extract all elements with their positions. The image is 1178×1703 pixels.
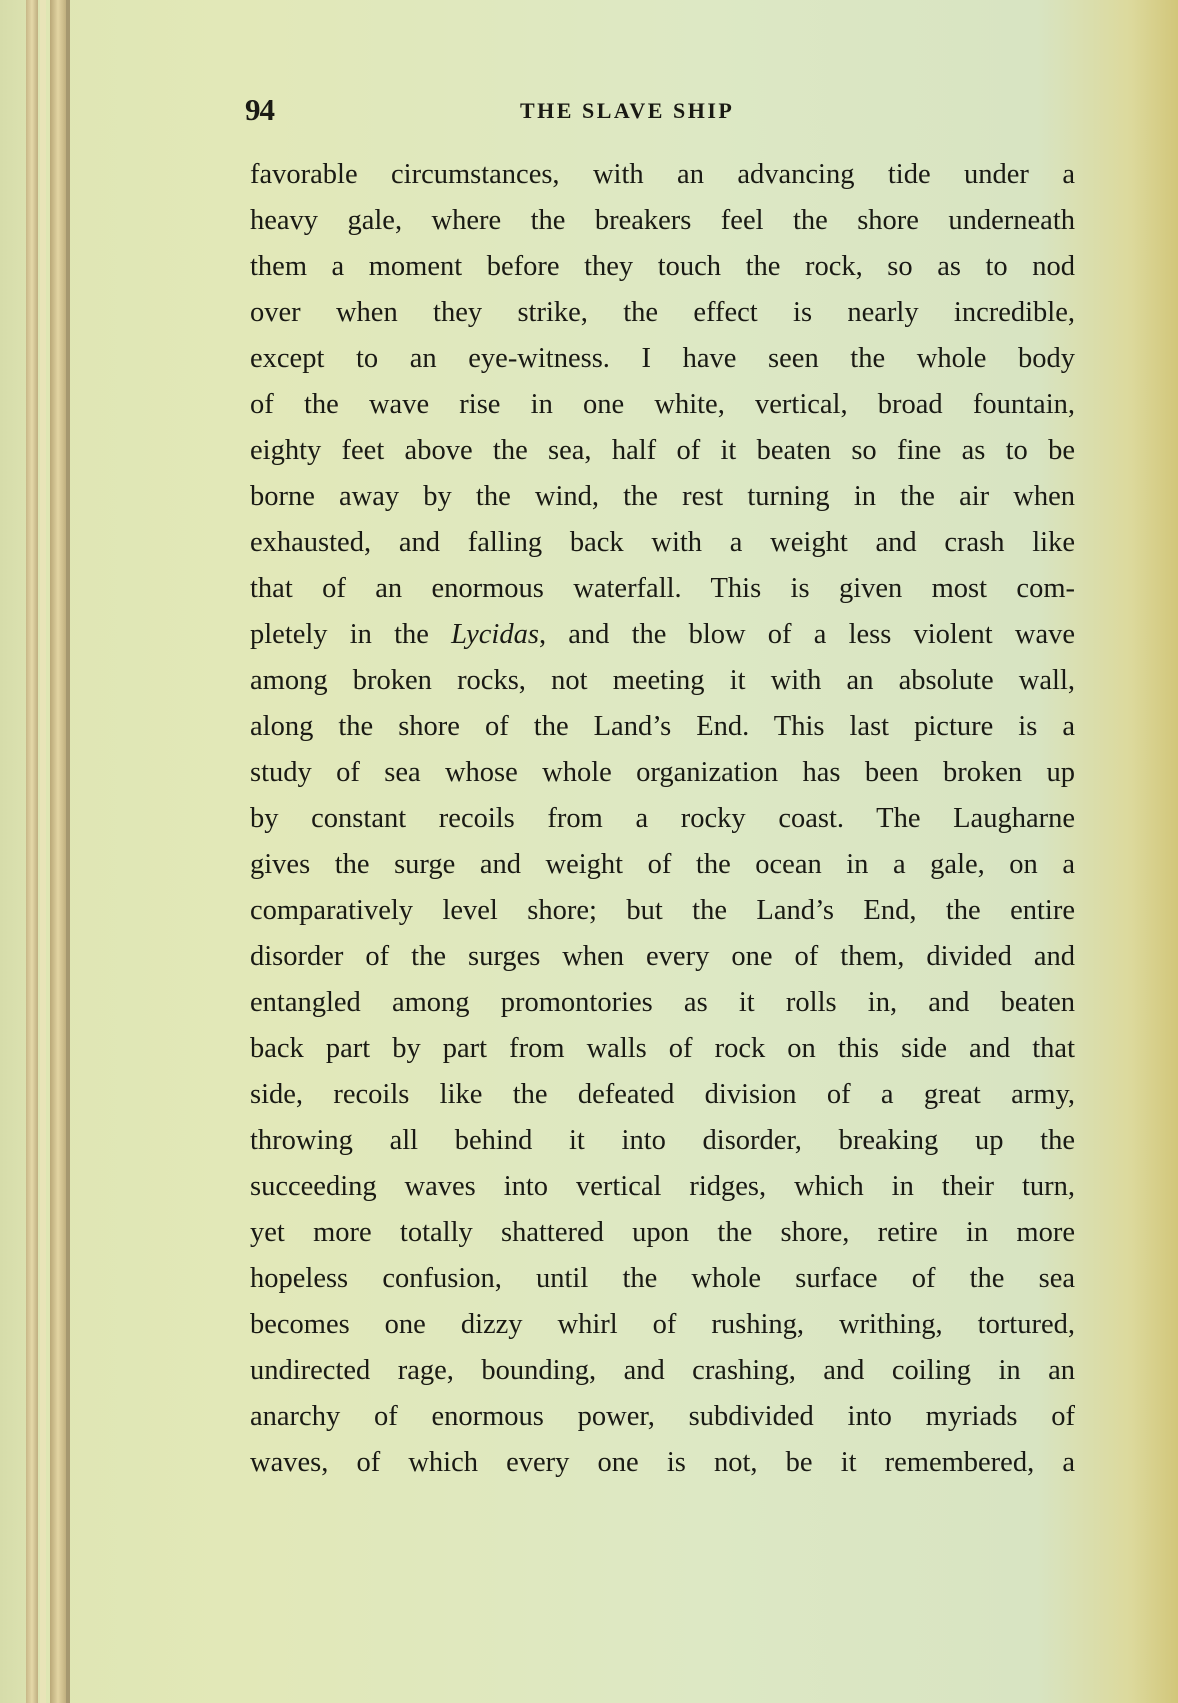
text-line: exhausted, and falling back with a weigh…: [250, 520, 1075, 566]
text-line: that of an enormous waterfall. This is g…: [250, 566, 1075, 612]
text-line: except to an eye-witness. I have seen th…: [250, 336, 1075, 382]
text-line: of the wave rise in one white, vertical,…: [250, 382, 1075, 428]
running-head: 94 THE SLAVE SHIP: [245, 92, 995, 132]
text-line: hopeless confusion, until the whole surf…: [250, 1256, 1075, 1302]
text-line: back part by part from walls of rock on …: [250, 1026, 1075, 1072]
text-line: them a moment before they touch the rock…: [250, 244, 1075, 290]
page-number: 94: [245, 92, 274, 128]
text-line: among broken rocks, not meeting it with …: [250, 658, 1075, 704]
text-line: becomes one dizzy whirl of rushing, writ…: [250, 1302, 1075, 1348]
text-line: pletely in the Lycidas, and the blow of …: [250, 612, 1075, 658]
text-fragment: , and the blow of a less violent wave: [539, 619, 1075, 650]
running-title: THE SLAVE SHIP: [520, 98, 734, 124]
italic-title: Lycidas: [451, 619, 539, 650]
text-line: succeeding waves into vertical ridges, w…: [250, 1164, 1075, 1210]
text-line: heavy gale, where the breakers feel the …: [250, 198, 1075, 244]
text-line: favorable circumstances, with an advanci…: [250, 152, 1075, 198]
text-line: gives the surge and weight of the ocean …: [250, 842, 1075, 888]
text-line: throwing all behind it into disorder, br…: [250, 1118, 1075, 1164]
text-fragment: pletely in the: [250, 619, 451, 650]
text-line: entangled among promontories as it rolls…: [250, 980, 1075, 1026]
text-line: undirected rage, bounding, and crashing,…: [250, 1348, 1075, 1394]
text-line: over when they strike, the effect is nea…: [250, 290, 1075, 336]
text-line: waves, of which every one is not, be it …: [250, 1440, 1075, 1486]
text-line: eighty feet above the sea, half of it be…: [250, 428, 1075, 474]
book-page: 94 THE SLAVE SHIP favorable circumstance…: [0, 0, 1178, 1703]
text-line: borne away by the wind, the rest turning…: [250, 474, 1075, 520]
text-line: comparatively level shore; but the Land’…: [250, 888, 1075, 934]
text-line: anarchy of enormous power, subdivided in…: [250, 1394, 1075, 1440]
text-line: yet more totally shattered upon the shor…: [250, 1210, 1075, 1256]
text-line: disorder of the surges when every one of…: [250, 934, 1075, 980]
text-line: along the shore of the Land’s End. This …: [250, 704, 1075, 750]
text-line: side, recoils like the defeated division…: [250, 1072, 1075, 1118]
text-line: by constant recoils from a rocky coast. …: [250, 796, 1075, 842]
body-text: favorable circumstances, with an advanci…: [250, 152, 1075, 1486]
text-line: study of sea whose whole organization ha…: [250, 750, 1075, 796]
